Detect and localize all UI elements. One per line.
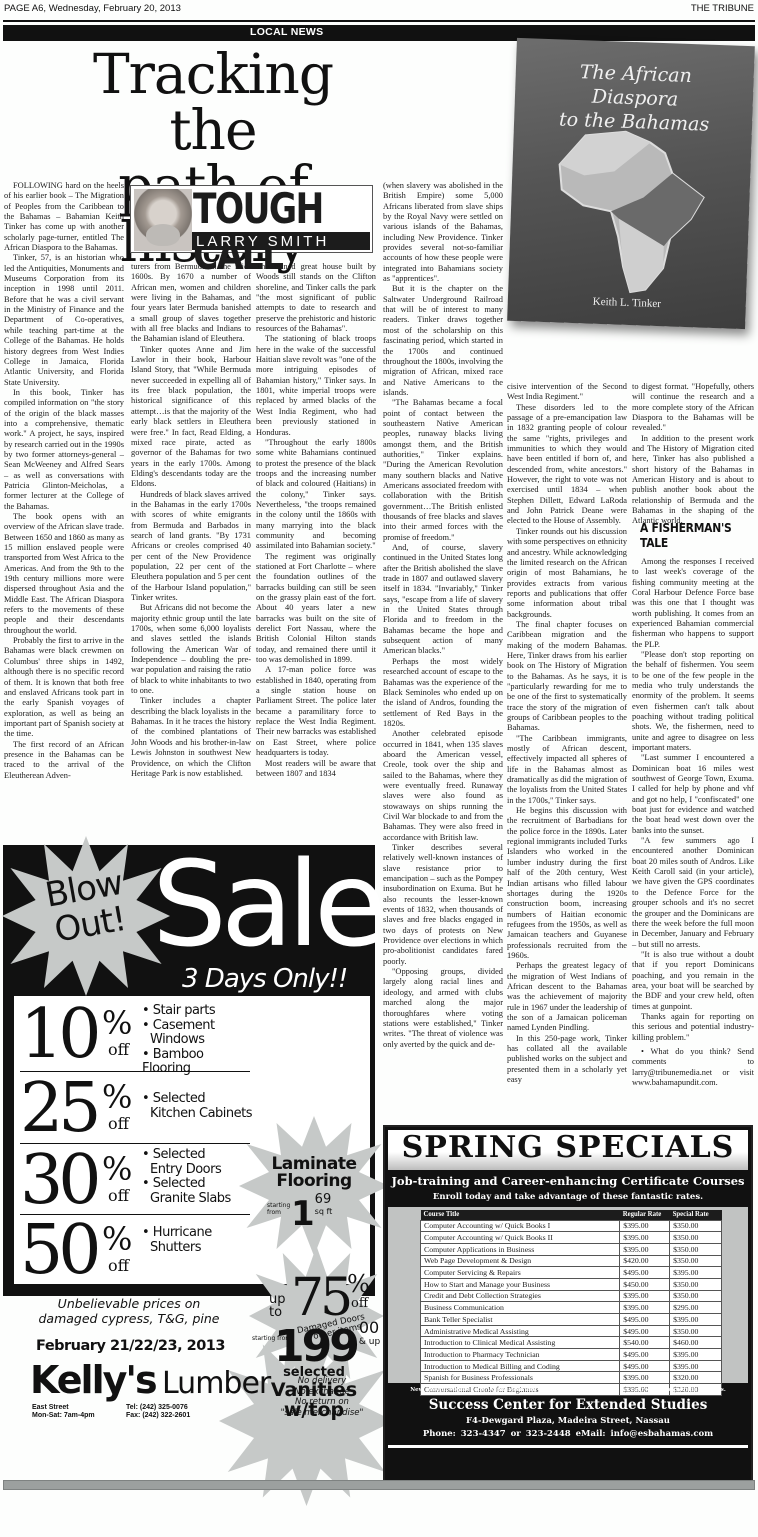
article-column-5: cisive intervention of the Second West I… <box>507 382 627 1085</box>
subheading: A FISHERMAN'S TALE <box>640 520 741 550</box>
store-phone: Tel: (242) 325-0076 Fax: (242) 322-2601 <box>126 1404 190 1420</box>
page-folio: PAGE A6, Wednesday, February 20, 2013 <box>4 3 181 14</box>
ad-title-banner: SPRING SPECIALS <box>388 1130 748 1170</box>
laminate-price: starting from169sq ft <box>267 1194 332 1234</box>
table-header-row: Course Title Regular Rate Special Rate <box>421 1210 722 1220</box>
unbelievable-prices-text: Unbelievable prices on damaged cypress, … <box>34 1296 224 1326</box>
discount-items: • Selected Entry Doors • Selected Granit… <box>142 1148 231 1206</box>
page-footer-band <box>3 1480 755 1490</box>
ad-title: SPRING SPECIALS <box>388 1130 748 1165</box>
store-address: East Street Mon-Sat: 7am-4pm <box>32 1404 95 1420</box>
three-days-label: 3 Days Only!! <box>182 964 347 994</box>
table-row: Web Page Development & Design$420.00$350… <box>421 1255 722 1267</box>
newspaper-name: THE TRIBUNE <box>691 3 754 14</box>
laminate-flooring-offer: Laminate Flooring <box>254 1156 374 1190</box>
table-row: Computer Accounting w/ Quick Books II$39… <box>421 1232 722 1244</box>
column-header: Special Rate <box>670 1210 722 1220</box>
table-row: Introduction to Clinical Medical Assisti… <box>421 1337 722 1349</box>
sale-dates: February 21/22/23, 2013 <box>36 1338 225 1354</box>
table-row: Introduction to Medical Billing and Codi… <box>421 1360 722 1372</box>
column-header: Regular Rate <box>620 1210 670 1220</box>
ad-bottom-rule <box>388 1445 748 1448</box>
organization-name: Success Center for Extended Studies <box>385 1397 751 1413</box>
article-column-2: turers from Bermuda in the mid-1600s. By… <box>131 262 251 779</box>
spring-specials-ad: SPRING SPECIALS Job-training and Career-… <box>383 1125 753 1487</box>
column-author: LARRY SMITH <box>196 233 329 250</box>
sale-policy: No delivery No exchange No return on "sa… <box>272 1376 372 1418</box>
ad-subtitle: Job-training and Career-enhancing Certif… <box>385 1174 751 1188</box>
column-header: Course Title <box>421 1210 620 1220</box>
vanities-price-tag: starting from19900& up <box>252 1321 380 1372</box>
table-row: Computer Servicing & Repairs$495.00$395.… <box>421 1267 722 1279</box>
columnist-photo-beard <box>146 224 180 246</box>
table-row: Computer Applications in Business$395.00… <box>421 1243 722 1255</box>
table-row: Business Communication$395.00$295.00 <box>421 1302 722 1314</box>
column-logo: TOUGH CALL LARRY SMITH <box>130 185 373 253</box>
sale-label: Sale <box>152 834 381 974</box>
ad-offers-panel: 10 % off • Stair parts • Casement Window… <box>14 996 370 1284</box>
table-row: How to Start and Manage your Business$45… <box>421 1278 722 1290</box>
book-cover-image: The African Diaspora to the Bahamas Keit… <box>507 38 755 329</box>
masthead-rule <box>3 20 755 22</box>
brand-kellys: Kelly's <box>30 1358 156 1402</box>
table-row: Computer Accounting w/ Quick Books I$395… <box>421 1220 722 1232</box>
article-column-6: to digest format. "Hopefully, others wil… <box>632 382 754 1088</box>
table-row: Introduction to Pharmacy Technician$495.… <box>421 1349 722 1361</box>
article-column-3: The ruined great house built by Woods st… <box>256 262 376 779</box>
discount-items: • Stair parts • Casement Windows • Bambo… <box>142 1004 254 1077</box>
organization-address: F4-Dewgard Plaza, Madeira Street, Nassau <box>385 1416 751 1426</box>
table-row: Spanish for Business Professionals$395.0… <box>421 1372 722 1384</box>
section-bar <box>3 25 755 41</box>
table-row: Administrative Medical Assisting$495.00$… <box>421 1325 722 1337</box>
ad-tagline: Enroll today and take advantage of these… <box>385 1192 751 1202</box>
organization-contact: Phone: 323-4347 or 323-2448 eMail: info@… <box>385 1429 751 1439</box>
article-column-1: FOLLOWING hard on the heels of his earli… <box>4 181 124 781</box>
table-row: Credit and Debt Collection Strategies$39… <box>421 1290 722 1302</box>
section-label: LOCAL NEWS <box>250 26 323 38</box>
discount-items: • Selected Kitchen Cabinets <box>142 1092 252 1121</box>
africa-map-icon <box>550 124 716 299</box>
article-column-4: (when slavery was abolished in the Briti… <box>383 181 503 1050</box>
discount-items: • Hurricane Shutters <box>142 1226 212 1255</box>
headline-line-1: Tracking the <box>48 46 378 158</box>
kellys-lumber-ad: Blow Out! Sale 3 Days Only!! 10 % off • … <box>3 845 375 1296</box>
table-row: Bank Teller Specialist$495.00$395.00 <box>421 1314 722 1326</box>
course-rate-table: Course Title Regular Rate Special Rate C… <box>420 1210 722 1396</box>
session-note: New session begins soon. Application and… <box>385 1387 751 1393</box>
